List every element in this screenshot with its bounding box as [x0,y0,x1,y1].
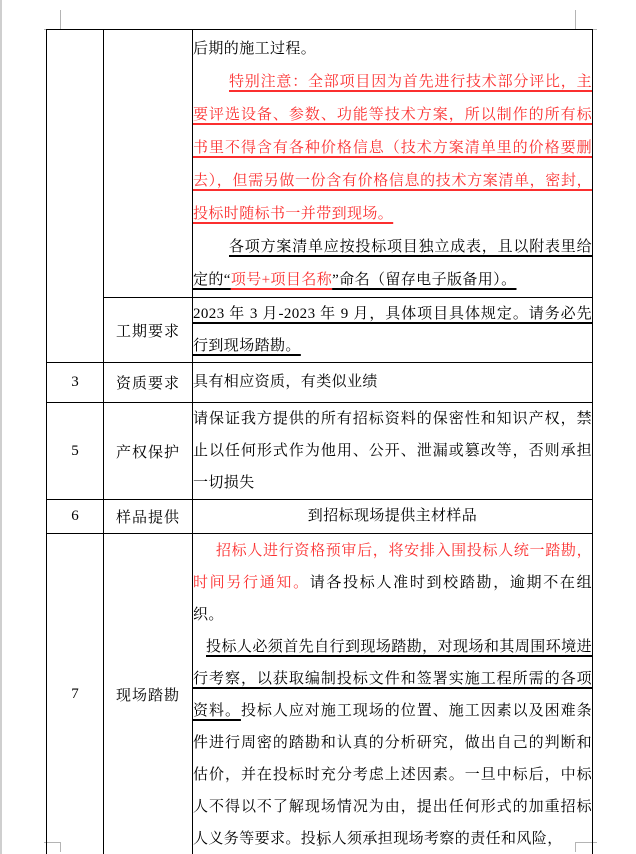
label-cell-property: 产权保护 [104,403,193,500]
paragraph-qualification: 具有相应资质，有类似业绩 [193,366,592,399]
page-edge-shadow [0,0,2,854]
scheme-list-text-post: ”命名（留存电子版备用）。 [332,272,516,288]
table-row-qualification: 3 资质要求 具有相应资质，有类似业绩 [47,363,593,403]
serial-cell: 7 [47,534,104,854]
paragraph-special-notice: 特别注意：全部项目因为首先进行技术部分评比，主要评选设备、参数、功能等技术方案，… [193,66,592,231]
duration-text: 2023 年 3 月-2023 年 9 月，具体项目具体规定。请务必先行到现场踏… [193,306,592,354]
serial-number: 6 [71,508,79,524]
content-cell-qualification: 具有相应资质，有类似业绩 [193,363,593,403]
label-cell-duration: 工期要求 [104,298,193,363]
crop-mark-top-right-vertical [575,10,576,30]
table-row-sample: 6 样品提供 到招标现场提供主材样品 [47,500,593,534]
crop-mark-top-left-vertical [60,10,61,30]
paragraph-survey-detail: 投标人必须首先自行到现场踏勘，对现场和其周围环境进行考察，以获取编制投标文件和签… [193,631,592,854]
serial-cell: 3 [47,363,104,403]
table-row-property: 5 产权保护 请保证我方提供的所有招标资料的保密性和知识产权，禁止以任何形式作为… [47,403,593,500]
duration-label: 工期要求 [116,324,180,340]
table-row-continued: 后期的施工过程。 特别注意：全部项目因为首先进行技术部分评比，主要评选设备、参数… [47,30,593,298]
serial-number: 7 [71,686,79,702]
property-text: 请保证我方提供的所有招标资料的保密性和知识产权，禁止以任何形式作为他用、公开、泄… [193,411,592,491]
property-label: 产权保护 [116,445,180,461]
content-cell-survey: 招标人进行资格预审后，将安排入围投标人统一踏勘，时间另行通知。请各投标人准时到校… [193,534,593,854]
content-cell-duration: 2023 年 3 月-2023 年 9 月，具体项目具体规定。请务必先行到现场踏… [193,298,593,363]
serial-cell-empty [47,30,104,363]
content-cell-notes: 后期的施工过程。 特别注意：全部项目因为首先进行技术部分评比，主要评选设备、参数… [193,30,593,298]
serial-cell: 6 [47,500,104,534]
serial-cell: 5 [47,403,104,500]
content-cell-property: 请保证我方提供的所有招标资料的保密性和知识产权，禁止以任何形式作为他用、公开、泄… [193,403,593,500]
content-cell-sample: 到招标现场提供主材样品 [193,500,593,534]
document-page: 后期的施工过程。 特别注意：全部项目因为首先进行技术部分评比，主要评选设备、参数… [0,0,636,854]
survey-detail-plain-text: 投标人应对施工现场的位置、施工因素以及困难条件进行周密的踏勘和认真的分析研究，做… [193,703,592,847]
paragraph-construction-process: 后期的施工过程。 [193,33,592,66]
table-row-duration: 工期要求 2023 年 3 月-2023 年 9 月，具体项目具体规定。请务必先… [47,298,593,363]
label-cell-survey: 现场踏勘 [104,534,193,854]
sample-text: 到招标现场提供主材样品 [308,508,477,524]
table-row-survey: 7 现场踏勘 招标人进行资格预审后，将安排入围投标人统一踏勘，时间另行通知。请各… [47,534,593,854]
label-cell-empty [104,30,193,298]
label-cell-sample: 样品提供 [104,500,193,534]
paragraph-scheme-list: 各项方案清单应按投标项目独立成表，且以附表里给定的“项号+项目名称”命名（留存电… [193,231,592,297]
label-cell-qualification: 资质要求 [104,363,193,403]
paragraph-property: 请保证我方提供的所有招标资料的保密性和知识产权，禁止以任何形式作为他用、公开、泄… [193,403,592,499]
sample-label: 样品提供 [116,510,180,526]
requirements-table: 后期的施工过程。 特别注意：全部项目因为首先进行技术部分评比，主要评选设备、参数… [46,29,593,854]
special-notice-red-text: 特别注意：全部项目因为首先进行技术部分评比，主要评选设备、参数、功能等技术方案，… [193,74,592,222]
paragraph-sample: 到招标现场提供主材样品 [193,500,592,533]
page-number: 3 [46,837,592,849]
serial-number: 5 [71,443,79,459]
paragraph-survey-notice: 招标人进行资格预审后，将安排入围投标人统一踏勘，时间另行通知。请各投标人准时到校… [193,535,592,631]
paragraph-duration: 2023 年 3 月-2023 年 9 月，具体项目具体规定。请务必先行到现场踏… [193,298,592,362]
scheme-list-red-name: 项号+项目名称 [231,272,332,288]
serial-number: 3 [71,374,79,390]
construction-process-text: 后期的施工过程。 [193,41,316,57]
survey-label: 现场踏勘 [116,688,180,704]
qualification-text: 具有相应资质，有类似业绩 [193,374,378,390]
qualification-label: 资质要求 [116,376,180,392]
